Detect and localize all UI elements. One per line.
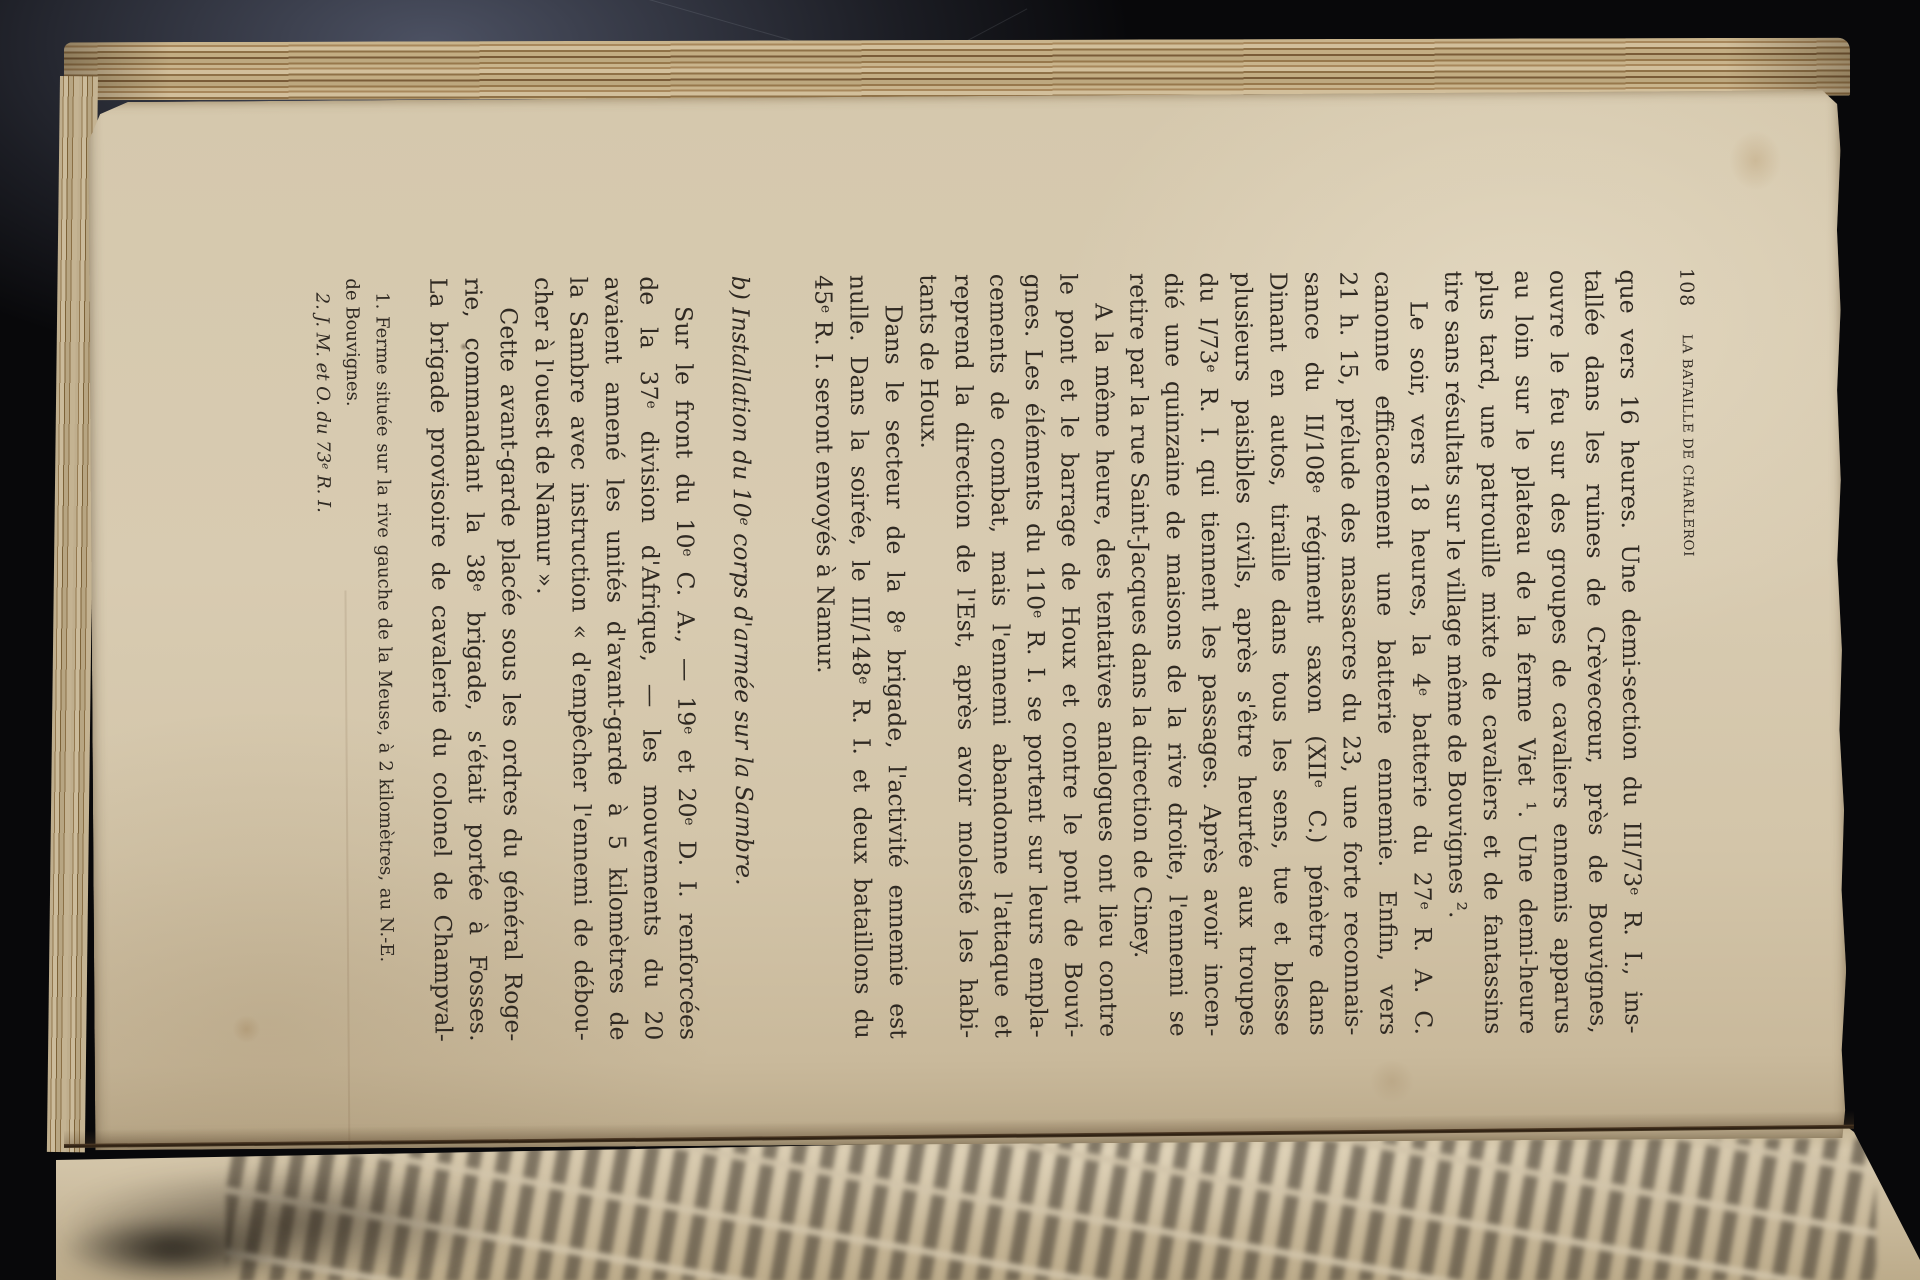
- text-line: du I/73e R. I. qui tiennent les passages…: [1190, 272, 1230, 1036]
- text-line: b) Installation du 10e corps d'armée sur…: [722, 276, 762, 1040]
- ordinal-superscript: e: [1309, 485, 1325, 493]
- text-line: nulle. Dans la soirée, le III/148e R. I.…: [840, 275, 880, 1039]
- text-line: Cette avant-garde placée sous les ordres…: [490, 277, 530, 1041]
- ordinal-superscript: e: [470, 583, 486, 591]
- text-line: 1. Ferme située sur la rive gauche de la…: [366, 278, 401, 962]
- text-line: la Sambre avec instruction « d'empêcher …: [560, 277, 600, 1041]
- ordinal-superscript: e: [736, 518, 752, 526]
- paragraph: que vers 16 heures. Une demi-section du …: [1435, 269, 1650, 1034]
- text-line: gnes. Les éléments du 110e R. I. se port…: [1015, 274, 1055, 1038]
- text-line: le pont et le barrage de Houx et contre …: [1050, 273, 1090, 1037]
- text-line: que vers 16 heures. Une demi-section du …: [1610, 269, 1650, 1033]
- text-line: avaient amené les unités d'avant-garde à…: [595, 276, 635, 1040]
- text-line: rie, commandant la 38e brigade, s'était …: [455, 277, 495, 1041]
- text-line: Dans le secteur de la 8e brigade, l'acti…: [875, 274, 915, 1038]
- text-line: tire sans résultats sur le village même …: [1435, 271, 1475, 1035]
- text-line: au loin sur le plateau de la ferme Viet …: [1505, 270, 1545, 1034]
- page-stack-fore-edge: [64, 38, 1850, 101]
- ordinal-superscript: e: [1627, 887, 1643, 895]
- text-line: sance du II/108e régiment saxon (XIIe C.…: [1295, 272, 1335, 1036]
- paragraph: Dans le secteur de la 8e brigade, l'acti…: [805, 274, 915, 1039]
- ordinal-superscript: e: [818, 305, 834, 313]
- text-line: tallée dans les ruines de Crèvecœur, prè…: [1575, 270, 1615, 1034]
- text-line: dié une quinzaine de maisons de la rive …: [1155, 273, 1195, 1037]
- ordinal-superscript: e: [643, 401, 659, 409]
- text-flow: que vers 16 heures. Une demi-section du …: [306, 269, 1650, 1042]
- paragraph: Cette avant-garde placée sous les ordres…: [420, 277, 530, 1042]
- paragraph: Le soir, vers 18 heures, la 4e batterie …: [1120, 271, 1440, 1037]
- text-line: cher à l'ouest de Namur ».: [525, 277, 565, 1041]
- ordinal-superscript: e: [681, 726, 697, 734]
- text-line: plus tard, une patrouille mixte de caval…: [1470, 270, 1510, 1034]
- ordinal-superscript: e: [681, 817, 697, 825]
- page-number: 108: [1675, 268, 1697, 307]
- footnote: 2. J. M. et O. du 73e R. I.: [306, 279, 341, 963]
- text-line: ouvre le feu sur des groupes de cavalier…: [1540, 270, 1580, 1034]
- facing-page-corner-shadow: [56, 1216, 286, 1280]
- ordinal-superscript: e: [855, 676, 871, 684]
- ordinal-superscript: e: [1415, 688, 1431, 696]
- text-line: Sur le front du 10e C. A., — 19e et 20e …: [665, 276, 705, 1040]
- ordinal-superscript: e: [679, 548, 695, 556]
- ordinal-superscript: e: [1311, 780, 1327, 788]
- paragraph: A la même heure, des tentatives analogue…: [910, 273, 1125, 1038]
- text-line: cements de combat, mais l'ennemi abandon…: [980, 274, 1020, 1038]
- text-line: 21 h. 15, prélude des massacres du 23, u…: [1330, 271, 1370, 1035]
- running-head-title: LA BATAILLE DE CHARLEROI: [1679, 334, 1697, 557]
- text-line: de Bouvignes.: [336, 278, 371, 962]
- text-line: canonne efficacement une batterie ennemi…: [1365, 271, 1405, 1035]
- ordinal-superscript: e: [319, 463, 331, 469]
- paragraph: Sur le front du 10e C. A., — 19e et 20e …: [525, 276, 705, 1041]
- text-line: tants de Houx.: [910, 274, 950, 1038]
- text-line: 45e R. I. seront envoyés à Namur.: [805, 275, 845, 1039]
- text-line: reprend la direction de l'Est, après avo…: [945, 274, 985, 1038]
- text-line: retire par la rue Saint-Jacques dans la …: [1120, 273, 1160, 1037]
- ordinal-superscript: e: [1417, 902, 1433, 910]
- text-line: 2. J. M. et O. du 73e R. I.: [306, 279, 341, 963]
- text-line: Dinant en autos, tiraille dans tous les …: [1260, 272, 1300, 1036]
- text-line: de la 37e division d'Afrique, — les mouv…: [630, 276, 670, 1040]
- ordinal-superscript: e: [1203, 364, 1219, 372]
- text-line: La brigade provisoire de cavalerie du co…: [420, 278, 460, 1042]
- section-heading: b) Installation du 10e corps d'armée sur…: [722, 276, 762, 1040]
- ordinal-superscript: e: [890, 624, 906, 632]
- ordinal-superscript: e: [1030, 610, 1046, 618]
- text-line: A la même heure, des tentatives analogue…: [1085, 273, 1125, 1037]
- book-photo-scene: 108 LA BATAILLE DE CHARLEROI que vers 16…: [0, 0, 1920, 1280]
- text-line: Le soir, vers 18 heures, la 4e batterie …: [1400, 271, 1440, 1035]
- book-page: 108 LA BATAILLE DE CHARLEROI que vers 16…: [88, 90, 1847, 1150]
- text-line: plusieurs paisibles civils, après s'être…: [1225, 272, 1265, 1036]
